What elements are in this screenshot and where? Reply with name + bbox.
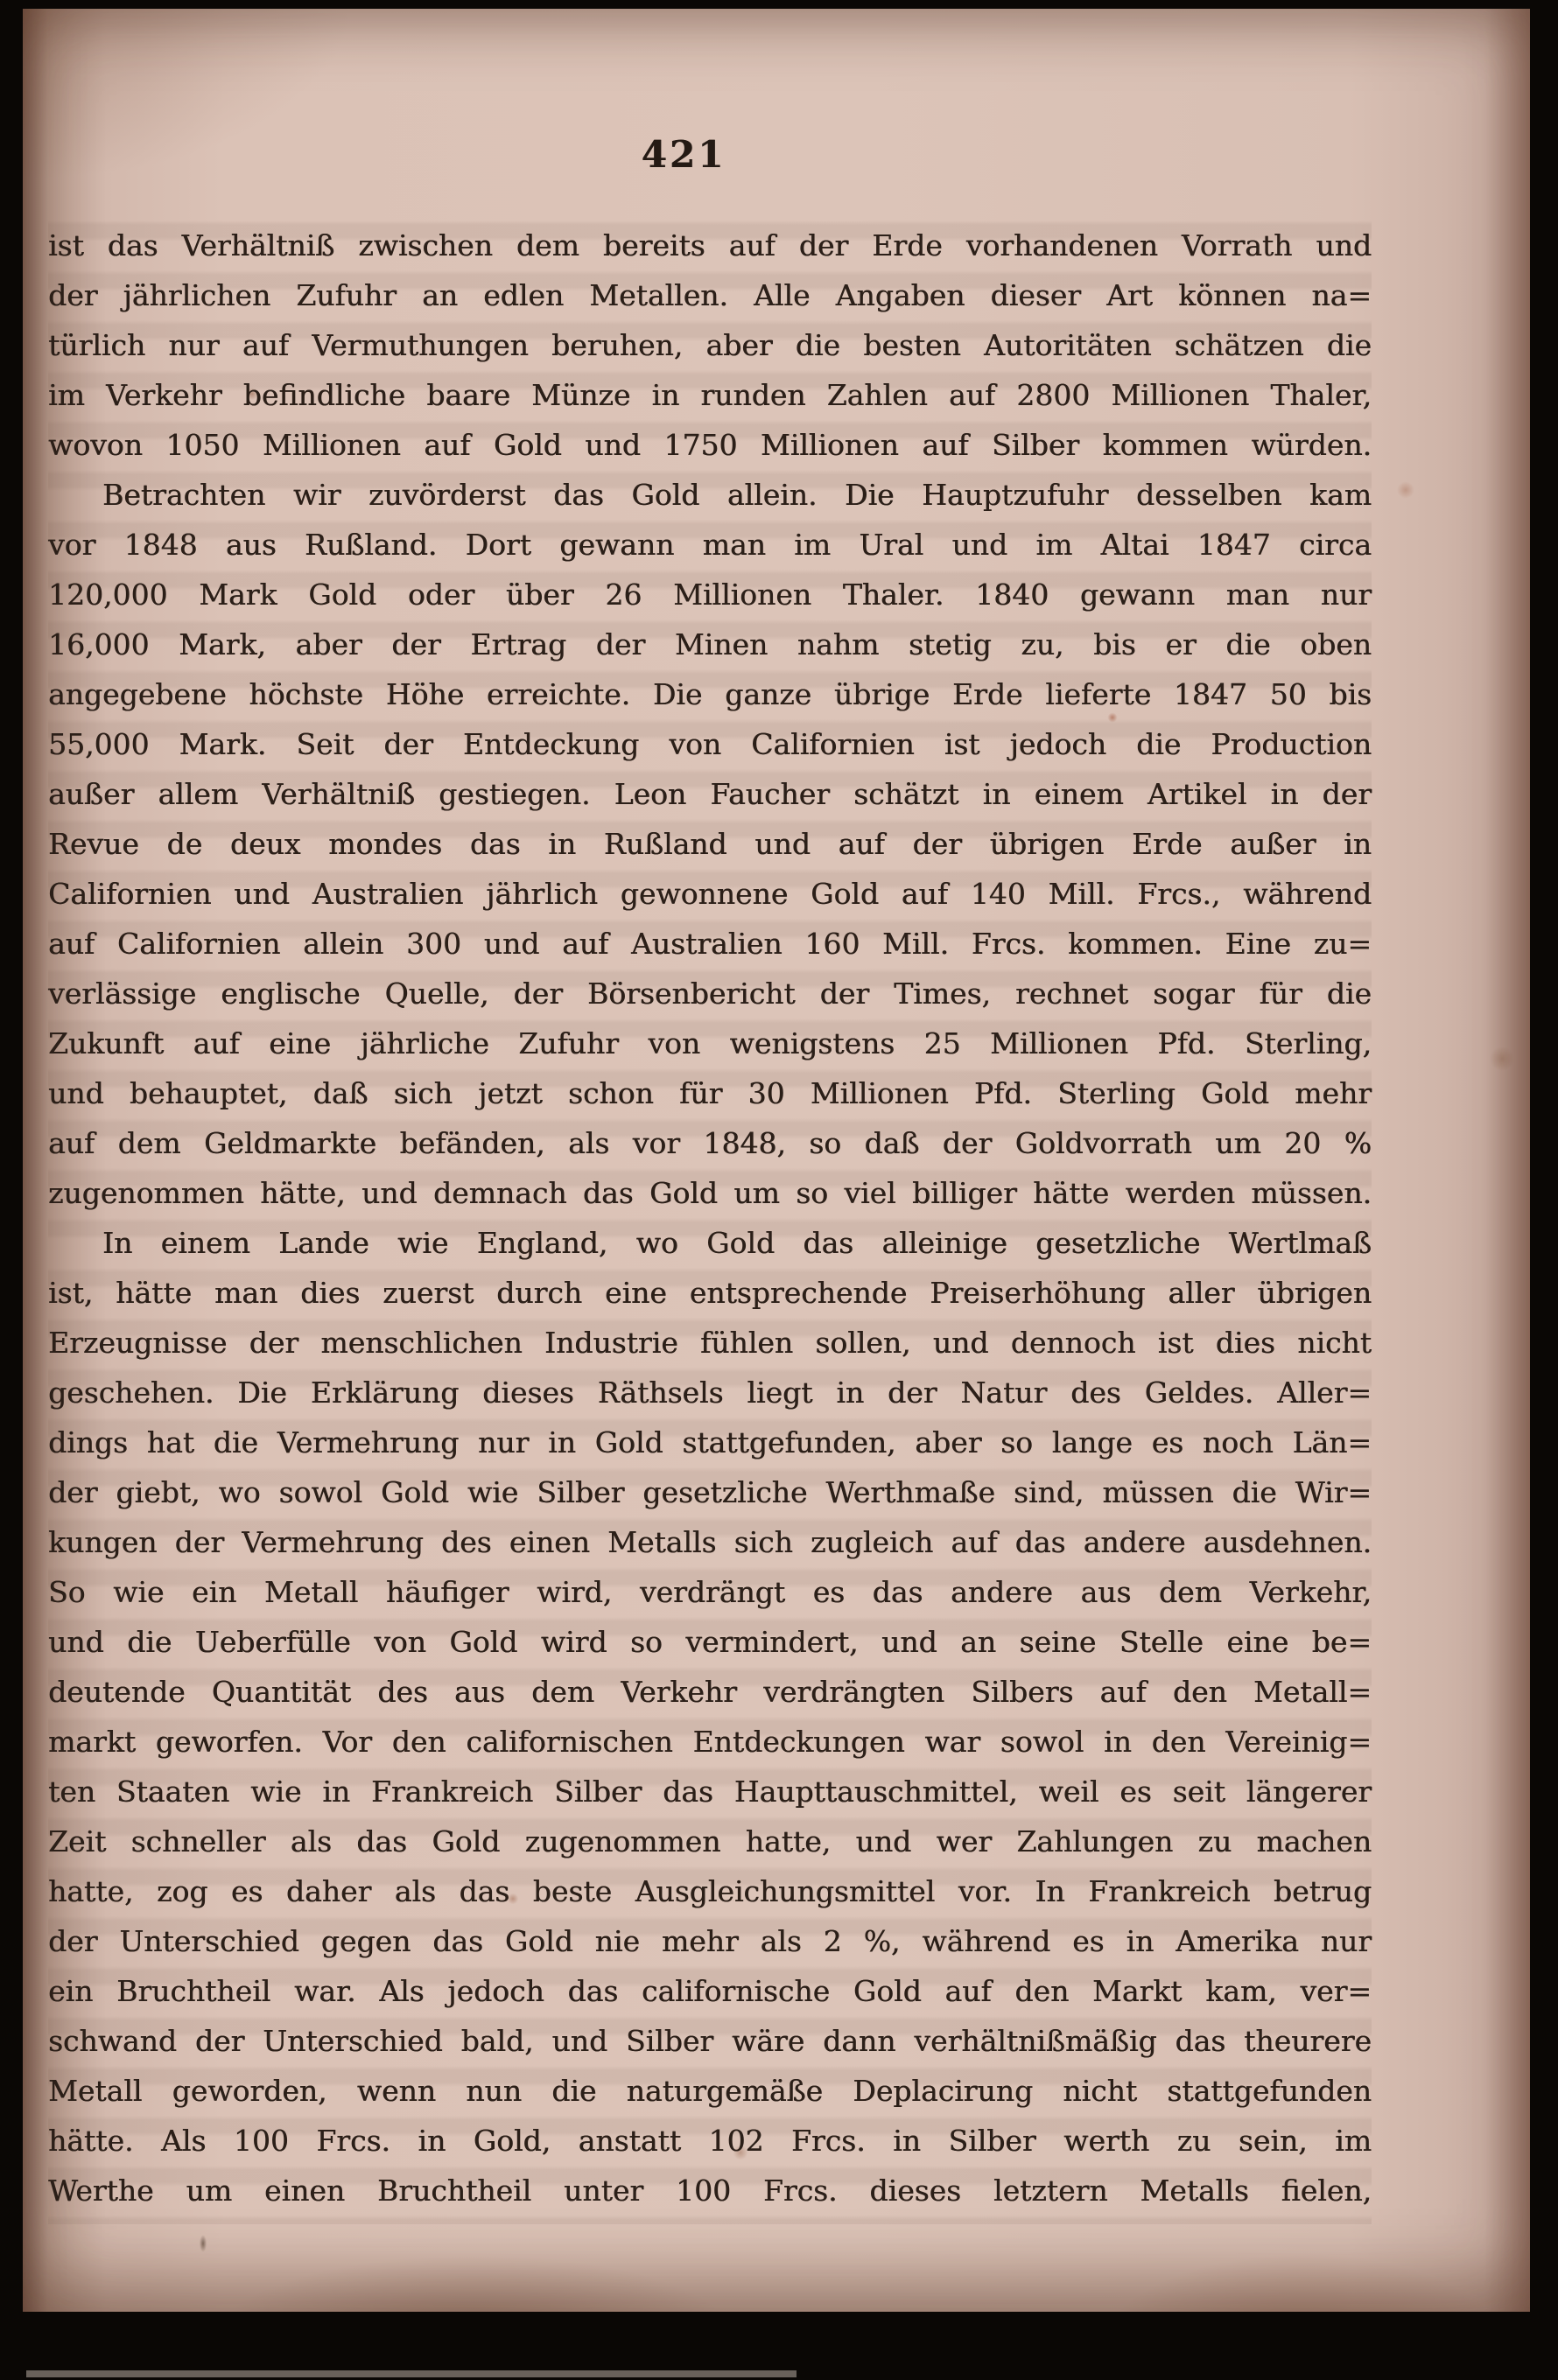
text-line: kungen der Vermehrung des einen Metalls … (48, 1517, 1372, 1567)
text-line: Zukunft auf eine jährliche Zufuhr von we… (48, 1018, 1372, 1068)
text-line: So wie ein Metall häufiger wird, verdrän… (48, 1567, 1372, 1617)
text-line: Californien und Australien jährlich gewo… (48, 869, 1372, 919)
text-line: der jährlichen Zufuhr an edlen Metallen.… (48, 270, 1372, 320)
text-line: der Unterschied gegen das Gold nie mehr … (48, 1916, 1372, 1966)
text-line: Erzeugnisse der menschlichen Industrie f… (48, 1318, 1372, 1368)
scan-edge-artifact (26, 2370, 797, 2377)
text-line: wovon 1050 Millionen auf Gold und 1750 M… (48, 420, 1372, 470)
text-line: geschehen. Die Erklärung dieses Räthsels… (48, 1368, 1372, 1417)
page-number: 421 (22, 133, 1345, 176)
text-line: Zeit schneller als das Gold zugenommen h… (48, 1816, 1372, 1866)
screenshot-root: { "doc": { "page_number": "421", "colors… (0, 0, 1558, 2380)
text-line: im Verkehr befindliche baare Münze in ru… (48, 370, 1372, 420)
text-line: hätte. Als 100 Frcs. in Gold, anstatt 10… (48, 2116, 1372, 2166)
text-line: schwand der Unterschied bald, und Silber… (48, 2016, 1372, 2066)
text-line: Werthe um einen Bruchtheil unter 100 Frc… (48, 2166, 1372, 2215)
text-line: 120,000 Mark Gold oder über 26 Millionen… (48, 570, 1372, 619)
text-line: Revue de deux mondes das in Rußland und … (48, 819, 1372, 869)
text-line: ist das Verhältniß zwischen dem bereits … (48, 220, 1372, 270)
text-line: auf Californien allein 300 und auf Austr… (48, 919, 1372, 969)
text-line: und behauptet, daß sich jetzt schon für … (48, 1068, 1372, 1118)
text-line: ein Bruchtheil war. Als jedoch das calif… (48, 1966, 1372, 2016)
text-line: 16,000 Mark, aber der Ertrag der Minen n… (48, 619, 1372, 669)
text-line: vor 1848 aus Rußland. Dort gewann man im… (48, 520, 1372, 570)
page-text: ist das Verhältniß zwischen dem bereits … (48, 220, 1372, 2215)
text-line: und die Ueberfülle von Gold wird so verm… (48, 1617, 1372, 1667)
text-line: zugenommen hätte, und demnach das Gold u… (48, 1168, 1372, 1218)
text-line: türlich nur auf Vermuthungen beruhen, ab… (48, 320, 1372, 370)
text-line: hatte, zog es daher als das beste Ausgle… (48, 1866, 1372, 1916)
text-line: 55,000 Mark. Seit der Entdeckung von Cal… (48, 719, 1372, 769)
text-line: angegebene höchste Höhe erreichte. Die g… (48, 669, 1372, 719)
text-line: außer allem Verhältniß gestiegen. Leon F… (48, 769, 1372, 819)
text-line: auf dem Geldmarkte befänden, als vor 184… (48, 1118, 1372, 1168)
text-line: dings hat die Vermehrung nur in Gold sta… (48, 1417, 1372, 1467)
text-line: Metall geworden, wenn nun die naturgemäß… (48, 2066, 1372, 2116)
text-line: deutende Quantität des aus dem Verkehr v… (48, 1667, 1372, 1717)
text-line: der giebt, wo sowol Gold wie Silber gese… (48, 1467, 1372, 1517)
text-line-paragraph-start: Betrachten wir zuvörderst das Gold allei… (48, 470, 1372, 520)
text-line: ist, hätte man dies zuerst durch eine en… (48, 1268, 1372, 1318)
text-line: ten Staaten wie in Frankreich Silber das… (48, 1767, 1372, 1816)
text-line: markt geworfen. Vor den californischen E… (48, 1717, 1372, 1767)
text-line-paragraph-start: In einem Lande wie England, wo Gold das … (48, 1218, 1372, 1268)
text-line: verlässige englische Quelle, der Börsenb… (48, 969, 1372, 1018)
